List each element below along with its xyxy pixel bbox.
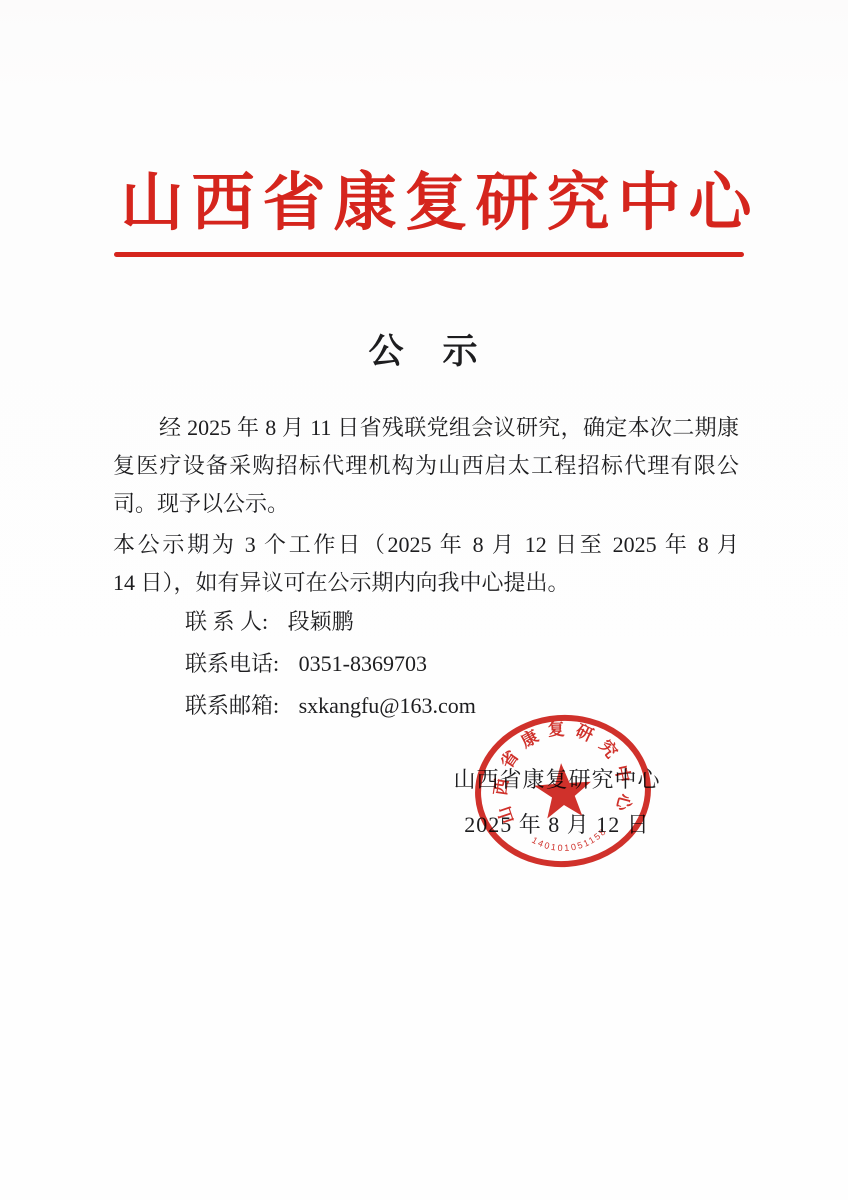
contact-email-label: 联系邮箱: <box>185 685 279 727</box>
scanned-document-page: 山西省康复研究中心 公 示 经 2025 年 8 月 11 日省残联党组会议研究… <box>0 0 848 1200</box>
paragraph-1: 经 2025 年 8 月 11 日省残联党组会议研究，确定本次二期康 复医疗设备… <box>113 409 739 523</box>
contact-info: 联 系 人: 段颖鹏 联系电话: 0351-8369703 联系邮箱: sxka… <box>185 601 476 727</box>
contact-phone-value: 0351-8369703 <box>299 643 427 685</box>
body-line: 司。现予以公示。 <box>113 485 739 523</box>
body-line: 14 日），如有异议可在公示期内向我中心提出。 <box>113 564 739 602</box>
seal-code: 140101051158 <box>529 825 610 855</box>
contact-email-value: sxkangfu@163.com <box>299 685 476 727</box>
body-line: 复医疗设备采购招标代理机构为山西启太工程招标代理有限公 <box>113 447 739 485</box>
contact-person-label: 联 系 人: <box>185 601 268 643</box>
star-icon <box>533 761 594 819</box>
paragraph-2: 本公示期为 3 个工作日（2025 年 8 月 12 日至 2025 年 8 月… <box>113 526 739 602</box>
body-line: 本公示期为 3 个工作日（2025 年 8 月 12 日至 2025 年 8 月 <box>113 526 739 564</box>
contact-person-value: 段颖鹏 <box>288 601 354 643</box>
contact-phone-label: 联系电话: <box>185 643 279 685</box>
official-seal-graphic: 山西省康复研究中心 140101051158 <box>466 704 661 878</box>
body-line: 经 2025 年 8 月 11 日省残联党组会议研究，确定本次二期康 <box>113 409 739 447</box>
notice-title: 公 示 <box>0 324 848 374</box>
contact-email-row: 联系邮箱: sxkangfu@163.com <box>185 685 476 727</box>
letterhead-title: 山西省康复研究中心 <box>16 158 848 248</box>
contact-person-row: 联 系 人: 段颖鹏 <box>185 601 476 643</box>
official-seal: 山西省康复研究中心 140101051158 <box>466 704 661 878</box>
contact-phone-row: 联系电话: 0351-8369703 <box>185 643 476 685</box>
svg-text:140101051158: 140101051158 <box>529 825 610 855</box>
letterhead-rule <box>114 252 744 257</box>
